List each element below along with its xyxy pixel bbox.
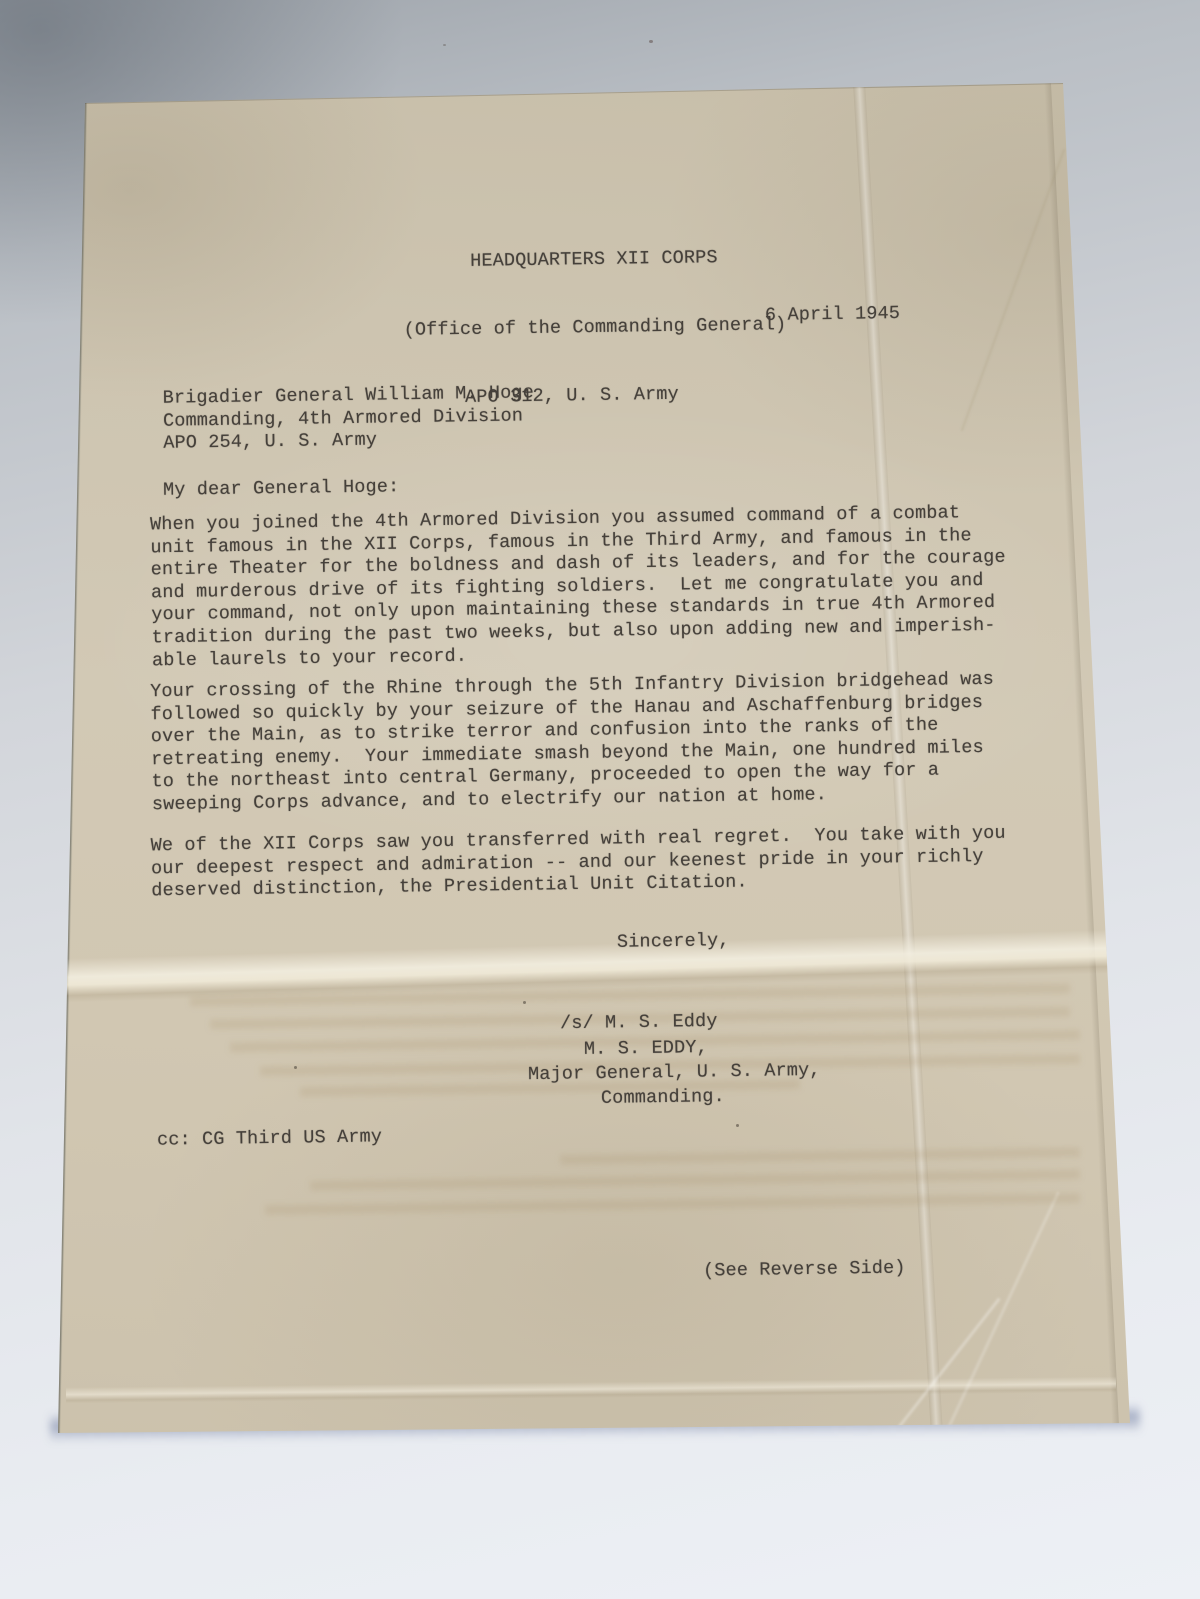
reverse-side-note: (See Reverse Side) bbox=[703, 1257, 906, 1283]
backdrop-speck bbox=[443, 44, 446, 46]
signature-signed: /s/ M. S. Eddy bbox=[560, 1011, 718, 1036]
paper-speck bbox=[523, 1001, 526, 1004]
body-paragraph: Your crossing of the Rhine through the 5… bbox=[150, 669, 996, 817]
letterhead-office: (Office of the Commanding General) bbox=[365, 314, 825, 343]
letterhead-unit: HEADQUARTERS XII CORPS bbox=[364, 246, 824, 275]
signature-role: Commanding. bbox=[601, 1086, 725, 1110]
paper-speck bbox=[294, 1066, 297, 1069]
recipient-block: Brigadier General William M. Hoge Comman… bbox=[163, 382, 535, 455]
closing: Sincerely, bbox=[617, 930, 730, 954]
paper-speck bbox=[736, 1124, 739, 1127]
signature-name: M. S. EDDY, bbox=[584, 1037, 708, 1061]
salutation: My dear General Hoge: bbox=[163, 476, 400, 502]
cc-line: cc: CG Third US Army bbox=[157, 1126, 382, 1152]
body-paragraph: We of the XII Corps saw you transferred … bbox=[151, 823, 1007, 903]
body-paragraph: When you joined the 4th Armored Division… bbox=[150, 502, 1007, 673]
backdrop-speck bbox=[649, 40, 653, 43]
signature-title: Major General, U. S. Army, bbox=[528, 1060, 821, 1087]
date-line: 6 April 1945 bbox=[765, 303, 900, 328]
photo-backdrop: HEADQUARTERS XII CORPS (Office of the Co… bbox=[0, 0, 1200, 1599]
